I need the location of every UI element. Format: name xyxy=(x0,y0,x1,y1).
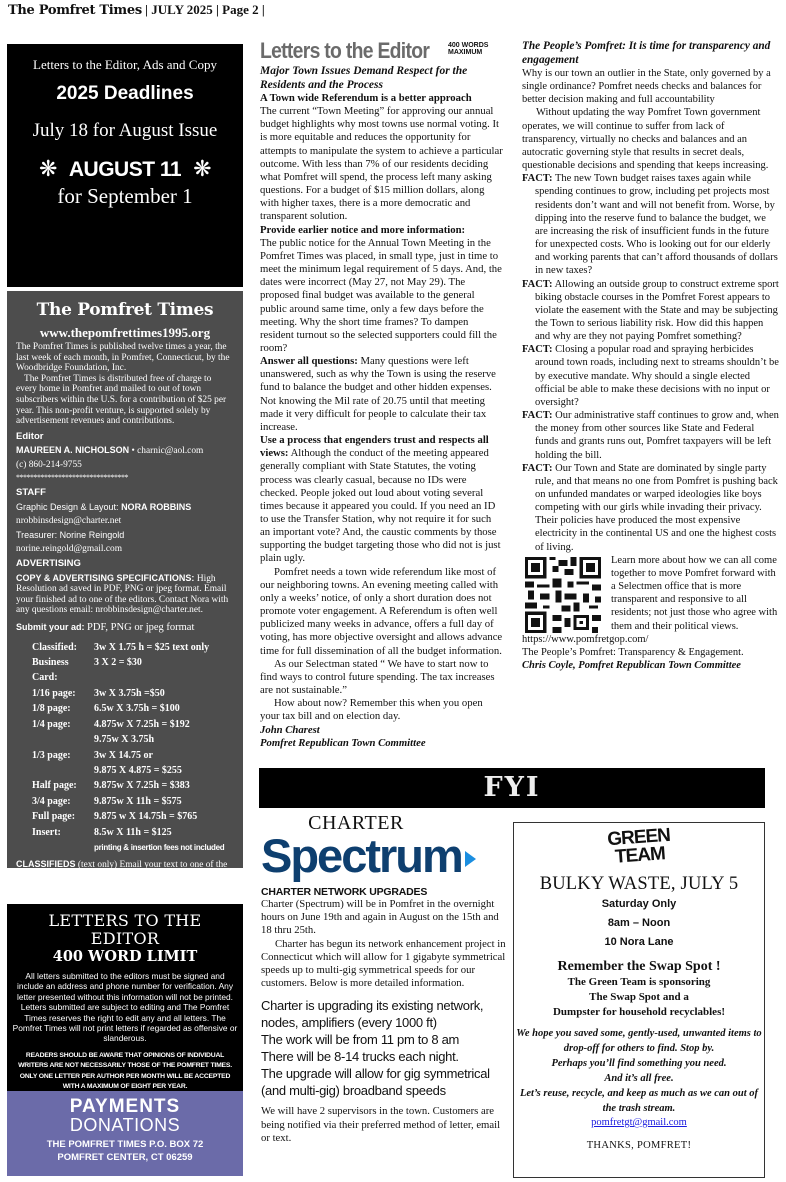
fact-item: FACT: Our Town and State are dominated b… xyxy=(522,462,780,554)
green-team-logo: GREEN TEAM xyxy=(607,827,672,867)
fact-text: Our Town and State are dominated by sing… xyxy=(535,463,778,553)
fact-text: Closing a popular road and spraying herb… xyxy=(535,344,779,408)
letter-1-para-1: The current “Town Meeting” for approving… xyxy=(260,105,503,223)
ad-rate-label: Classified: xyxy=(32,640,94,655)
green-team-box: GREEN TEAM BULKY WASTE, JULY 5 Saturday … xyxy=(513,822,765,1178)
fact-item: FACT: Our administrative staff continues… xyxy=(522,409,780,462)
letter-1-org: Pomfret Republican Town Committee xyxy=(260,737,503,750)
spectrum-logo: Spectrum xyxy=(261,832,506,880)
deadline-september-label: for September 1 xyxy=(7,184,243,209)
ad-rate-value: 9.875w X 7.25h = $383 xyxy=(94,778,234,793)
donations-title: DONATIONS xyxy=(7,1116,243,1135)
facts-list: FACT: The new Town budget raises taxes a… xyxy=(522,172,780,554)
editor-line: MAUREEN A. NICHOLSON • charnic@aol.com xyxy=(16,445,234,457)
charter-article: CHARTER Spectrum CHARTER NETWORK UPGRADE… xyxy=(261,812,506,1145)
letter-2-para-1: Why is our town an outlier in the State,… xyxy=(522,67,780,106)
ad-specs: COPY & ADVERTISING SPECIFICATIONS: High … xyxy=(16,573,234,616)
staff-treasurer: Treasurer: Norine Reingold xyxy=(16,530,234,541)
fact-label: FACT: xyxy=(522,173,553,184)
ad-rate-label xyxy=(32,732,94,747)
ad-rate-row: 1/8 page:6.5w X 3.75h = $100 xyxy=(32,701,234,716)
rates-note: printing & insertion fees not included xyxy=(94,840,234,855)
charter-detail-3: There will be 8-14 trucks each night. xyxy=(261,1048,506,1065)
ad-rate-value: 3 X 2 = $30 xyxy=(94,655,234,686)
section-title: Letters to the Editor xyxy=(260,38,420,64)
letter-2-title: The People’s Pomfret: It is time for tra… xyxy=(522,40,780,67)
fact-label: FACT: xyxy=(522,344,553,355)
charter-detail-2: The work will be from 11 pm to 8 am xyxy=(261,1031,506,1048)
payments-address-line2: POMFRET CENTER, CT 06259 xyxy=(7,1151,243,1164)
ad-rate-value: 9.875 w X 14.75h = $765 xyxy=(94,809,234,824)
fact-text: The new Town budget raises taxes again w… xyxy=(535,173,778,276)
masthead-brand: The Pomfret Times xyxy=(8,3,142,18)
letter-2-author: Chris Coyle, Pomfret Republican Town Com… xyxy=(522,659,780,672)
ad-rate-label: 1/4 page: xyxy=(32,717,94,732)
fact-label: FACT: xyxy=(522,463,553,474)
fyi-banner: FYI xyxy=(259,768,765,808)
deadlines-title: 2025 Deadlines xyxy=(7,83,243,105)
event-location: 10 Nora Lane xyxy=(514,933,764,952)
event-time: 8am – Noon xyxy=(514,914,764,933)
advertising-heading: ADVERTISING xyxy=(16,559,234,570)
ad-rate-row: Insert:8.5w X 11h = $125 xyxy=(32,825,234,840)
sponsor-line3: Dumpster for household recyclables! xyxy=(514,1005,764,1020)
classifieds-info: CLASSIFIEDS (text only) Email your text … xyxy=(16,859,234,881)
ad-rate-value: 3w X 3.75h =$50 xyxy=(94,686,234,701)
fact-item: FACT: Allowing an outside group to const… xyxy=(522,278,780,344)
divider-stars: ******************************** xyxy=(16,473,234,484)
ad-rate-value: 3w X 14.75 or xyxy=(94,748,234,763)
policy-body: All letters submitted to the editors mus… xyxy=(12,971,238,1044)
play-arrow-icon xyxy=(465,851,476,867)
ad-rate-label: 1/3 page: xyxy=(32,748,94,763)
editor-name: MAUREEN A. NICHOLSON xyxy=(16,445,129,455)
letter-1-subhead-2: Provide earlier notice and more informat… xyxy=(260,224,503,237)
charter-para-3: We will have 2 supervisors in the town. … xyxy=(261,1105,506,1145)
charter-detail-4: The upgrade will allow for gig symmetric… xyxy=(261,1065,506,1099)
letter-1-para-4-text: Although the conduct of the meeting appe… xyxy=(260,447,501,564)
ad-rate-label xyxy=(32,763,94,778)
letter-2-para-2: Without updating the way Pomfret Town go… xyxy=(522,106,780,172)
charter-para-1: Charter (Spectrum) will be in Pomfret in… xyxy=(261,898,506,938)
gop-website-link[interactable]: https://www.pomfretgop.com/ xyxy=(522,633,780,646)
letter-1-para-6: As our Selectman stated “ We have to sta… xyxy=(260,658,503,697)
page-masthead: The Pomfret Times | JULY 2025 | Page 2 | xyxy=(8,2,265,18)
ad-rate-label: Insert: xyxy=(32,825,94,840)
letter-1-para-7: How about now? Remember this when you op… xyxy=(260,697,503,723)
swap-message-3: And it’s all free. xyxy=(514,1071,764,1086)
ad-rate-value: 9.875w X 11h = $575 xyxy=(94,794,234,809)
fact-label: FACT: xyxy=(522,410,553,421)
charter-heading: CHARTER NETWORK UPGRADES xyxy=(261,886,506,898)
staff-design-label: Graphic Design & Layout: xyxy=(16,502,121,512)
masthead-issue: | JULY 2025 | Page 2 | xyxy=(142,2,265,17)
letter-1-para-3: Answer all questions: Many questions wer… xyxy=(260,355,503,434)
letter-1-column: Letters to the Editor 400 WORDS MAXIMUM … xyxy=(260,38,503,750)
ad-rate-row: 9.875 X 4.875 = $255 xyxy=(32,763,234,778)
ad-rate-value: 8.5w X 11h = $125 xyxy=(94,825,234,840)
swap-message: We hope you saved some, gently-used, unw… xyxy=(514,1026,764,1116)
policy-limit: 400 WORD LIMIT xyxy=(12,948,238,966)
swap-message-1: We hope you saved some, gently-used, unw… xyxy=(514,1026,764,1056)
fact-text: Allowing an outside group to construct e… xyxy=(535,279,779,343)
ad-rate-row: 9.75w X 3.75h xyxy=(32,732,234,747)
learn-more-text: Learn more about how we can all come tog… xyxy=(611,554,780,633)
asterisk-icon: ❋ xyxy=(193,156,211,181)
letter-1-title: Major Town Issues Demand Respect for the… xyxy=(260,65,503,92)
ad-rate-value: 9.75w X 3.75h xyxy=(94,732,234,747)
policy-title: LETTERS TO THE EDITOR xyxy=(12,912,238,948)
ad-rate-value: 6.5w X 3.75h = $100 xyxy=(94,701,234,716)
letter-1-para-5: Pomfret needs a town wide referendum lik… xyxy=(260,566,503,658)
ad-rate-value: 4.875w X 7.25h = $192 xyxy=(94,717,234,732)
ad-rate-row: Half page:9.875w X 7.25h = $383 xyxy=(32,778,234,793)
ad-rate-value: 9.875 X 4.875 = $255 xyxy=(94,763,234,778)
sponsor-line1: The Green Team is sponsoring xyxy=(514,975,764,990)
letter-2-tagline: The People’s Pomfret: Transparency & Eng… xyxy=(522,646,780,659)
ad-rate-row: Classified:3w X 1.75 h = $25 text only xyxy=(32,640,234,655)
fact-label: FACT: xyxy=(522,279,553,290)
fact-text: Our administrative staff continues to gr… xyxy=(535,410,779,460)
letters-policy-box: LETTERS TO THE EDITOR 400 WORD LIMIT All… xyxy=(7,904,243,1091)
ad-rate-row: 3/4 page:9.875w X 11h = $575 xyxy=(32,794,234,809)
swap-message-4: Let’s reuse, recycle, and keep as much a… xyxy=(514,1086,764,1116)
ad-rate-row: 1/4 page:4.875w X 7.25h = $192 xyxy=(32,717,234,732)
sponsor-line2: The Swap Spot and a xyxy=(514,990,764,1005)
deadlines-subtitle: Letters to the Editor, Ads and Copy xyxy=(7,57,243,73)
submit-ad: Submit your ad: PDF, PNG or jpeg format xyxy=(16,622,234,634)
ad-specs-label: COPY & ADVERTISING SPECIFICATIONS: xyxy=(16,573,197,583)
payments-title: PAYMENTS xyxy=(7,1097,243,1116)
staff-design: Graphic Design & Layout: NORA ROBBINS xyxy=(16,502,234,514)
letter-2-column: The People’s Pomfret: It is time for tra… xyxy=(522,40,780,672)
fact-item: FACT: The new Town budget raises taxes a… xyxy=(522,172,780,277)
letter-1-para-4: Use a process that engenders trust and r… xyxy=(260,434,503,566)
swap-message-2: Perhaps you’ll find something you need. xyxy=(514,1056,764,1071)
editor-heading: Editor xyxy=(16,432,234,443)
ad-rate-row: 1/16 page:3w X 3.75h =$50 xyxy=(32,686,234,701)
thanks-line: THANKS, POMFRET! xyxy=(514,1140,764,1151)
charter-detail-1: Charter is upgrading its existing networ… xyxy=(261,997,506,1031)
letter-1-subhead-1: A Town wide Referendum is a better appro… xyxy=(260,92,503,105)
section-heading: Letters to the Editor 400 WORDS MAXIMUM xyxy=(260,38,503,64)
payments-address: THE POMFRET TIMES P.O. BOX 72 POMFRET CE… xyxy=(7,1138,243,1164)
bulky-waste-title: BULKY WASTE, JULY 5 xyxy=(514,874,764,895)
info-para-1: The Pomfret Times is published twelve ti… xyxy=(16,342,234,374)
event-day: Saturday Only xyxy=(514,895,764,914)
letter-1-author: John Charest xyxy=(260,724,503,737)
ad-rate-row: 1/3 page:3w X 14.75 or xyxy=(32,748,234,763)
editor-email[interactable]: • charnic@aol.com xyxy=(129,446,203,456)
staff-treasurer-email[interactable]: norine.reingold@gmail.com xyxy=(16,544,234,555)
deadline-august: July 18 for August Issue xyxy=(7,120,243,142)
ad-rate-value: 3w X 1.75 h = $25 text only xyxy=(94,640,234,655)
qr-code-icon[interactable] xyxy=(525,557,601,633)
ad-rates-table: Classified:3w X 1.75 h = $25 text onlyBu… xyxy=(32,640,234,856)
deadline-september-date: ❋AUGUST 11❋ xyxy=(7,156,243,182)
info-para-2: The Pomfret Times is distributed free of… xyxy=(16,374,234,427)
info-title: The Pomfret Times xyxy=(16,299,234,321)
ad-rate-row: Full page:9.875 w X 14.75h = $765 xyxy=(32,809,234,824)
classifieds-label: CLASSIFIEDS xyxy=(16,859,76,869)
badge-line1: 400 WORDS xyxy=(448,42,488,49)
word-limit-badge: 400 WORDS MAXIMUM xyxy=(448,42,488,56)
website-link[interactable]: www.thepomfrettimes1995.org xyxy=(16,325,234,340)
deadlines-box: Letters to the Editor, Ads and Copy 2025… xyxy=(7,44,243,287)
spectrum-logo-text: Spectrum xyxy=(261,832,462,880)
staff-design-email[interactable]: nrobbinsdesign@charter.net xyxy=(16,516,234,527)
ad-rate-row: Business Card:3 X 2 = $30 xyxy=(32,655,234,686)
deadline-date: AUGUST 11 xyxy=(69,158,181,181)
staff-design-name: NORA ROBBINS xyxy=(121,502,191,512)
photos-label: PHOTOS & GRAPHICS: xyxy=(16,885,116,895)
logo-line2: TEAM xyxy=(608,845,672,867)
ad-rate-label: Full page: xyxy=(32,809,94,824)
editor-phone: (c) 860-214-9755 xyxy=(16,460,234,471)
payments-box: PAYMENTS DONATIONS THE POMFRET TIMES P.O… xyxy=(7,1091,243,1176)
publication-info-box: The Pomfret Times www.thepomfrettimes199… xyxy=(7,291,243,868)
swap-spot-heading: Remember the Swap Spot ! xyxy=(514,958,764,975)
ad-rate-label: Half page: xyxy=(32,778,94,793)
letter-1-subhead-3: Answer all questions: xyxy=(260,355,358,367)
asterisk-icon: ❋ xyxy=(39,156,57,181)
policy-notice: READERS SHOULD BE AWARE THAT OPINIONS OF… xyxy=(12,1051,238,1093)
letter-1-para-2: The public notice for the Annual Town Me… xyxy=(260,237,503,355)
green-team-email-link[interactable]: pomfretgt@gmail.com xyxy=(514,1116,764,1130)
charter-para-2: Charter has begun its network enhancemen… xyxy=(261,938,506,991)
submit-label: Submit your ad: xyxy=(16,622,87,632)
badge-line2: MAXIMUM xyxy=(448,49,488,56)
charter-details: Charter is upgrading its existing networ… xyxy=(261,997,506,1099)
payments-address-line1: THE POMFRET TIMES P.O. BOX 72 xyxy=(7,1138,243,1151)
fact-item: FACT: Closing a popular road and sprayin… xyxy=(522,343,780,409)
ad-rate-label: Business Card: xyxy=(32,655,94,686)
ad-rate-label: 1/16 page: xyxy=(32,686,94,701)
ad-rate-label: 1/8 page: xyxy=(32,701,94,716)
staff-heading: STAFF xyxy=(16,488,234,499)
learn-more-block: Learn more about how we can all come tog… xyxy=(522,554,780,633)
ad-rate-label: 3/4 page: xyxy=(32,794,94,809)
submit-text: PDF, PNG or jpeg format xyxy=(87,622,194,633)
